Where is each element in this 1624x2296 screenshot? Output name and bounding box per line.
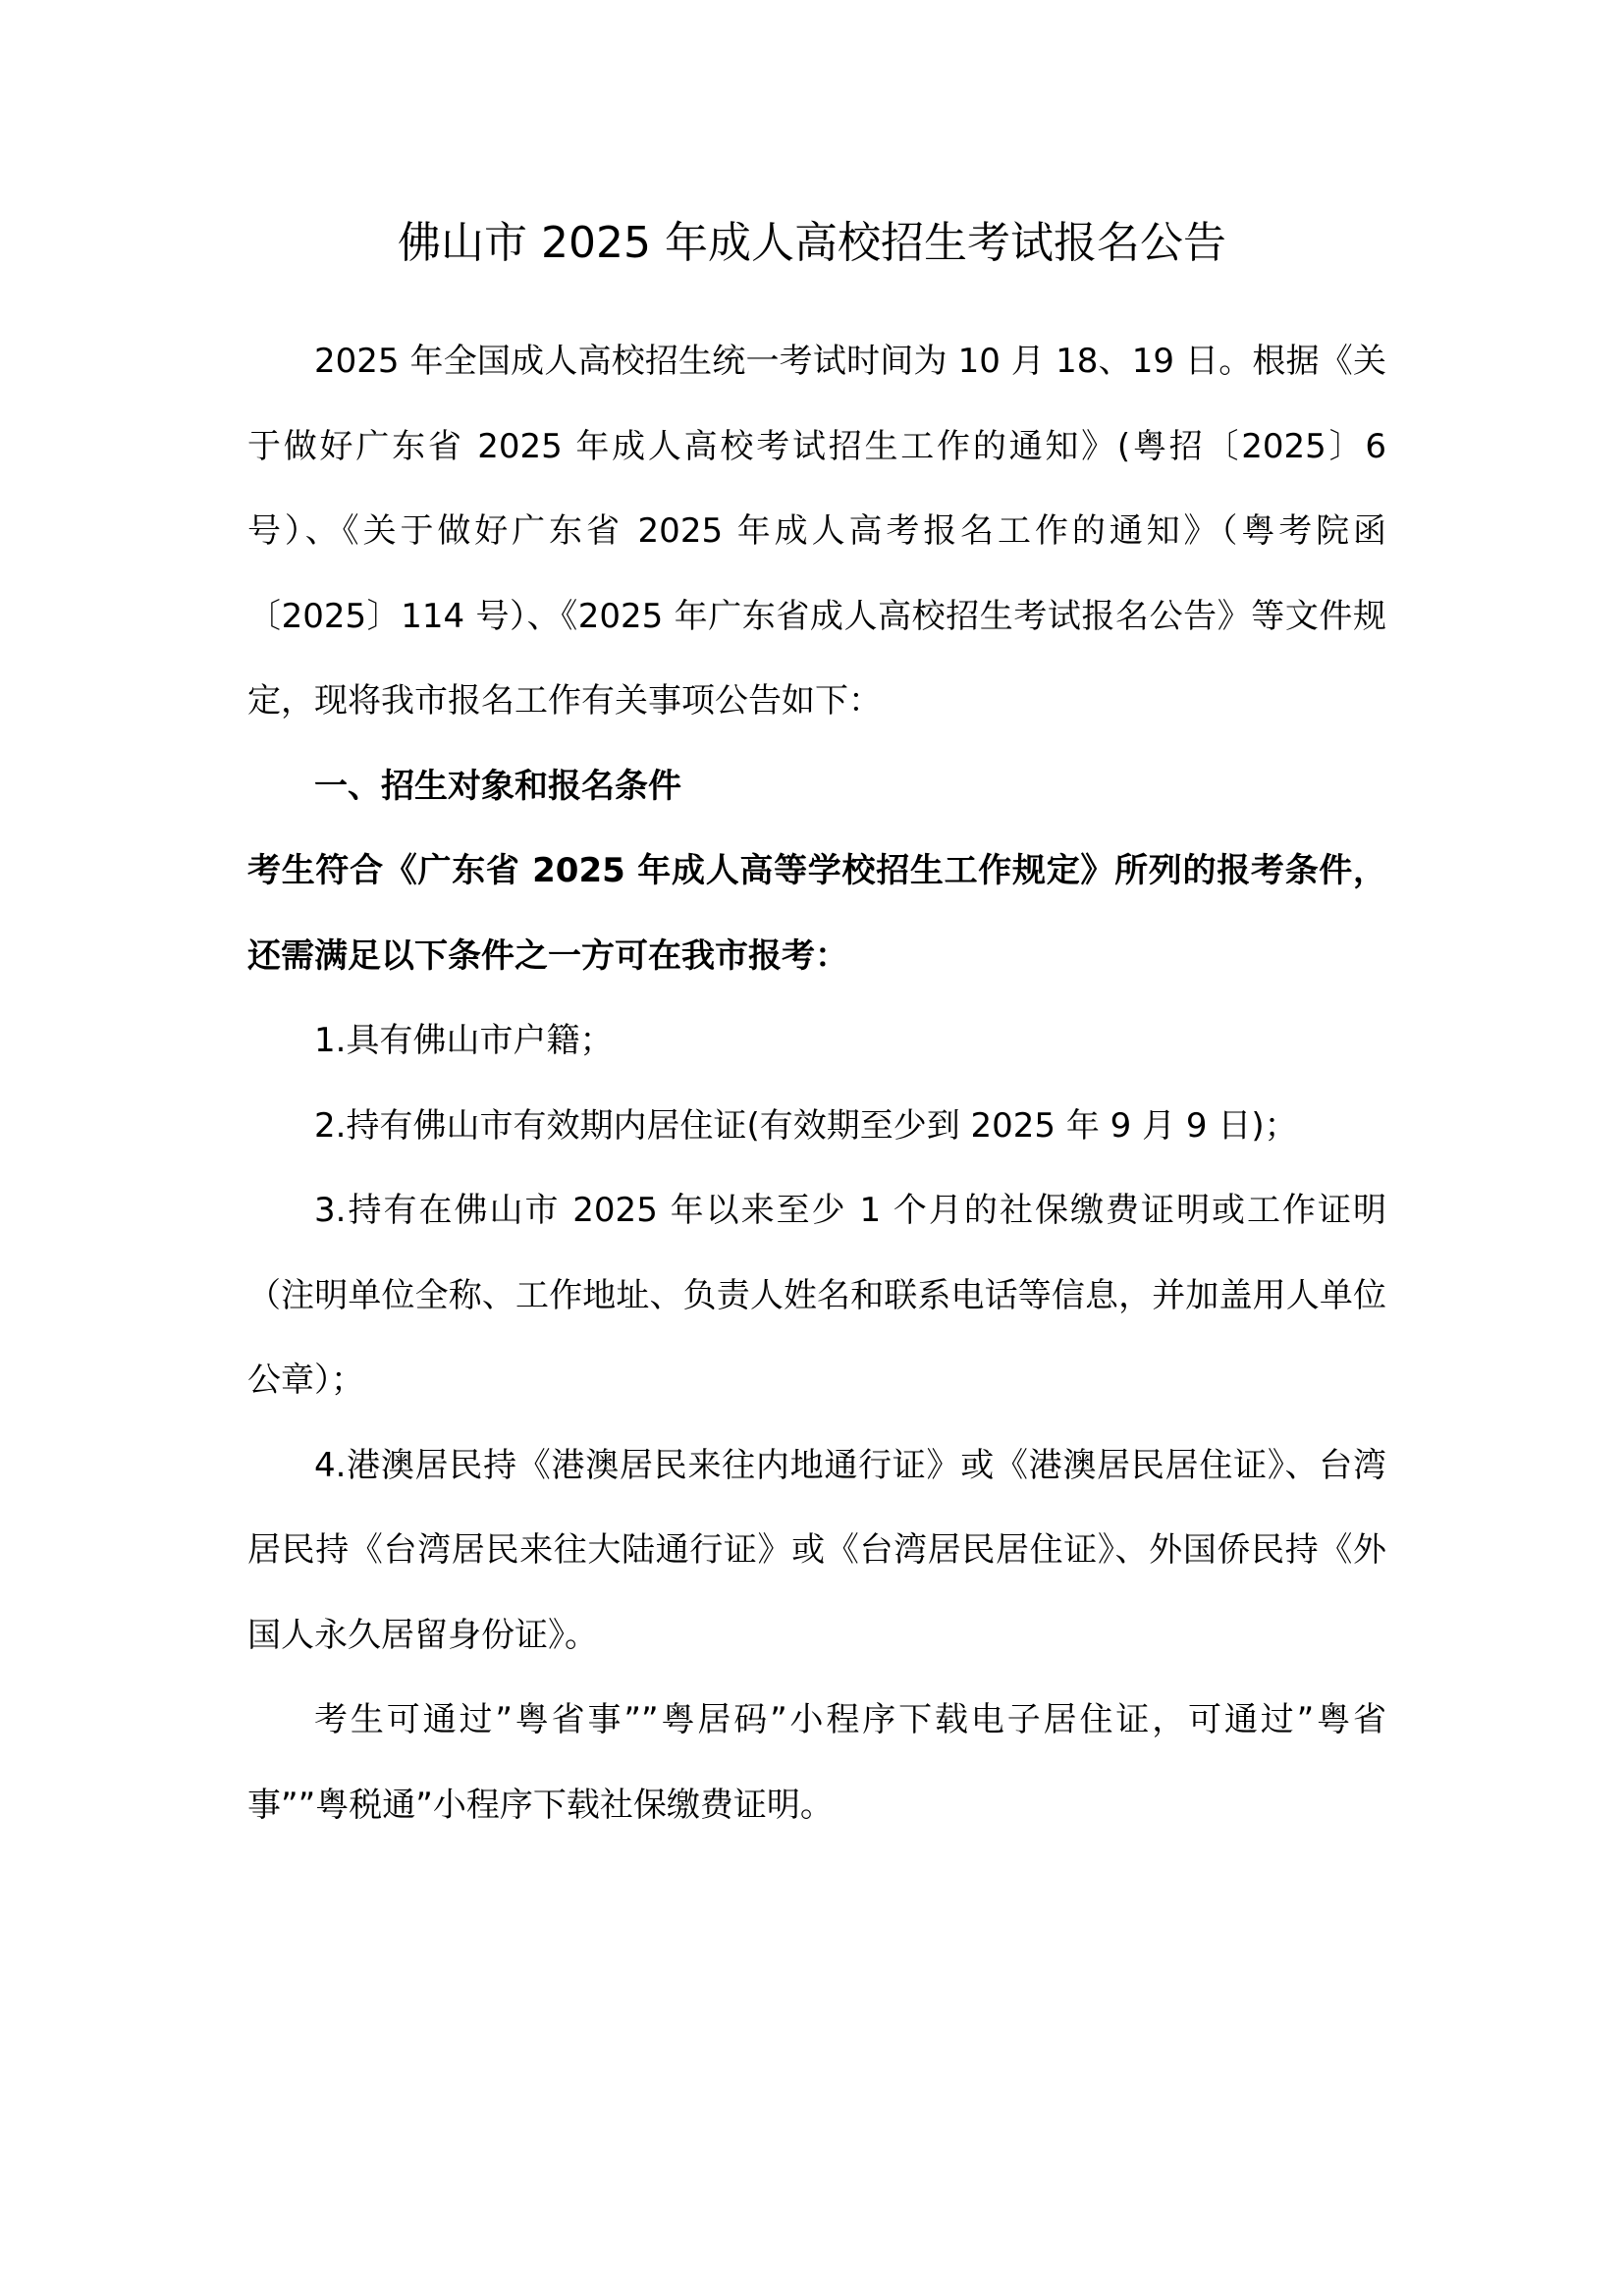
condition-item-4: 4.港澳居民持《港澳居民来往内地通行证》或《港澳居民居住证》、台湾居民持《台湾居… [247, 1423, 1386, 1679]
condition-item-3: 3.持有在佛山市 2025 年以来至少 1 个月的社保缴费证明或工作证明（注明单… [247, 1168, 1386, 1423]
note-paragraph: 考生可通过”粤省事””粤居码”小程序下载电子居住证，可通过”粤省事””粤税通”小… [247, 1678, 1386, 1847]
condition-item-2: 2.持有佛山市有效期内居住证(有效期至少到 2025 年 9 月 9 日)； [247, 1084, 1386, 1169]
intro-paragraph: 2025 年全国成人高校招生统一考试时间为 10 月 18、19 日。根据《关于… [247, 319, 1386, 744]
section-lead-paragraph: 考生符合《广东省 2025 年成人高等学校招生工作规定》所列的报考条件，还需满足… [247, 828, 1386, 998]
section-heading-1: 一、招生对象和报名条件 [247, 744, 1386, 829]
document-body: 2025 年全国成人高校招生统一考试时间为 10 月 18、19 日。根据《关于… [247, 319, 1386, 1847]
document-title: 佛山市 2025 年成人高校招生考试报名公告 [0, 208, 1624, 279]
condition-item-1: 1.具有佛山市户籍； [247, 998, 1386, 1084]
document-page: 佛山市 2025 年成人高校招生考试报名公告 2025 年全国成人高校招生统一考… [0, 0, 1624, 2296]
